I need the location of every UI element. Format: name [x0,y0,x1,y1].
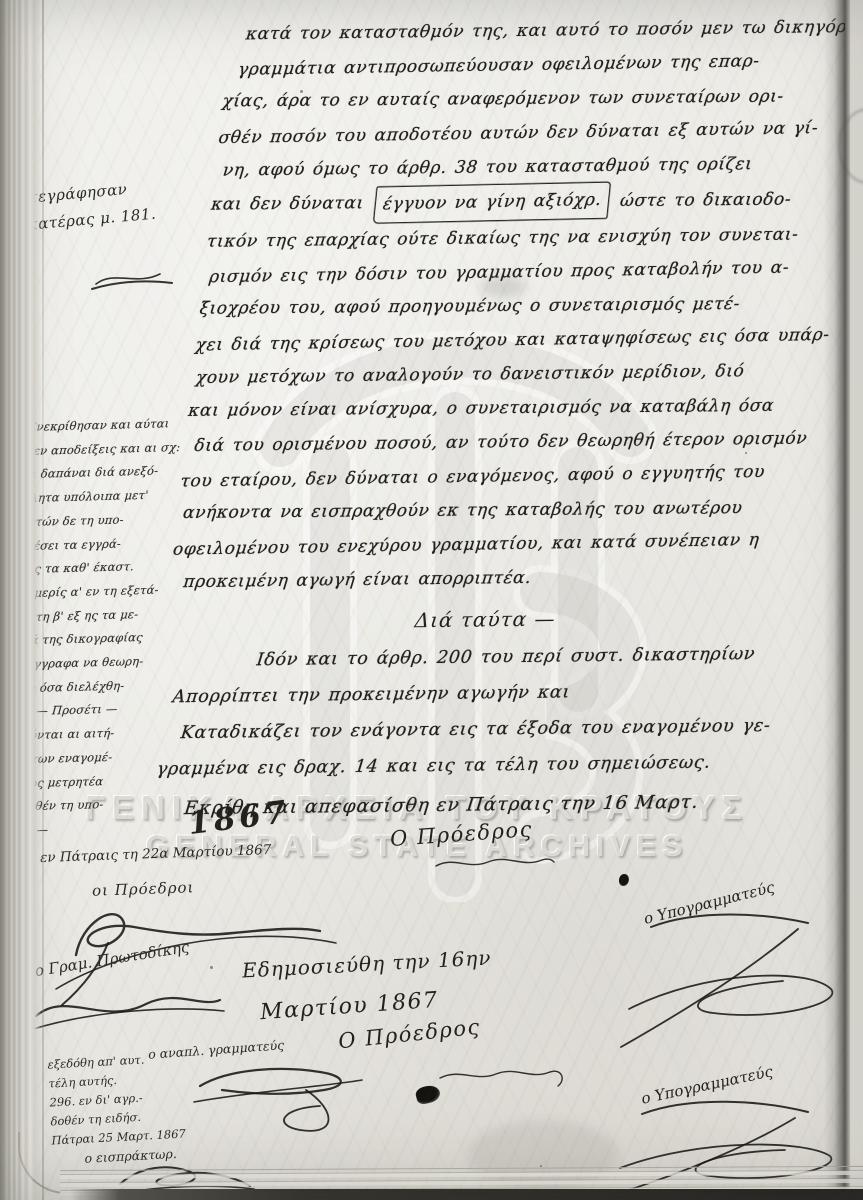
paper-speck [745,452,747,454]
publication-president-label: Ο Πρόεδρος [337,1015,482,1054]
page-curl-shadow [824,0,850,1200]
main-text-block: κατά τον κατασταθμόν της, και αυτό το πο… [142,9,863,828]
verdict-line: Ιδόν και το άρθρ. 200 του περί συστ. δικ… [255,635,827,678]
handwriting-line-with-box: και δεν δύναται έγγυον να γίνη αξιόχρ. ώ… [209,181,863,224]
book-binding-edge [0,0,42,1200]
boxed-phrase: έγγυον να γίνη αξιόχρ. [373,182,611,224]
deputy-clerk-signature-flourish [188,1058,368,1143]
verdict-line: γραμμένα εις δραχ. 14 και εις τα τέλη το… [155,743,815,787]
margin-note-paraph [88,262,178,296]
president-initials-scribble [430,850,560,878]
paper-speck [210,966,213,969]
under-secretary-signature-flourish [593,905,858,1055]
president-initials-scribble [432,1060,572,1092]
scan-background-strip [0,1189,863,1200]
clerk-signature-flourish [24,984,229,1036]
boxed-line-prefix: και δεν δύναται [210,193,373,214]
boxed-line-suffix: ώστε το δικαιοδο- [611,190,792,212]
page-gutter-line [42,0,44,1200]
handwriting-line: και μόνον είναι ανίσχυρα, ο συνεταιρισμό… [186,388,854,428]
dia-tafta-heading: Διά ταύτα — [413,600,830,635]
document-scan-page: ΓΕΝΙΚΑ ΑΡΧΕΙΑ ΤΟΥ ΚΡΑΤΟΥΣ GENERAL STATE … [0,0,863,1200]
paper-speck [300,90,303,93]
